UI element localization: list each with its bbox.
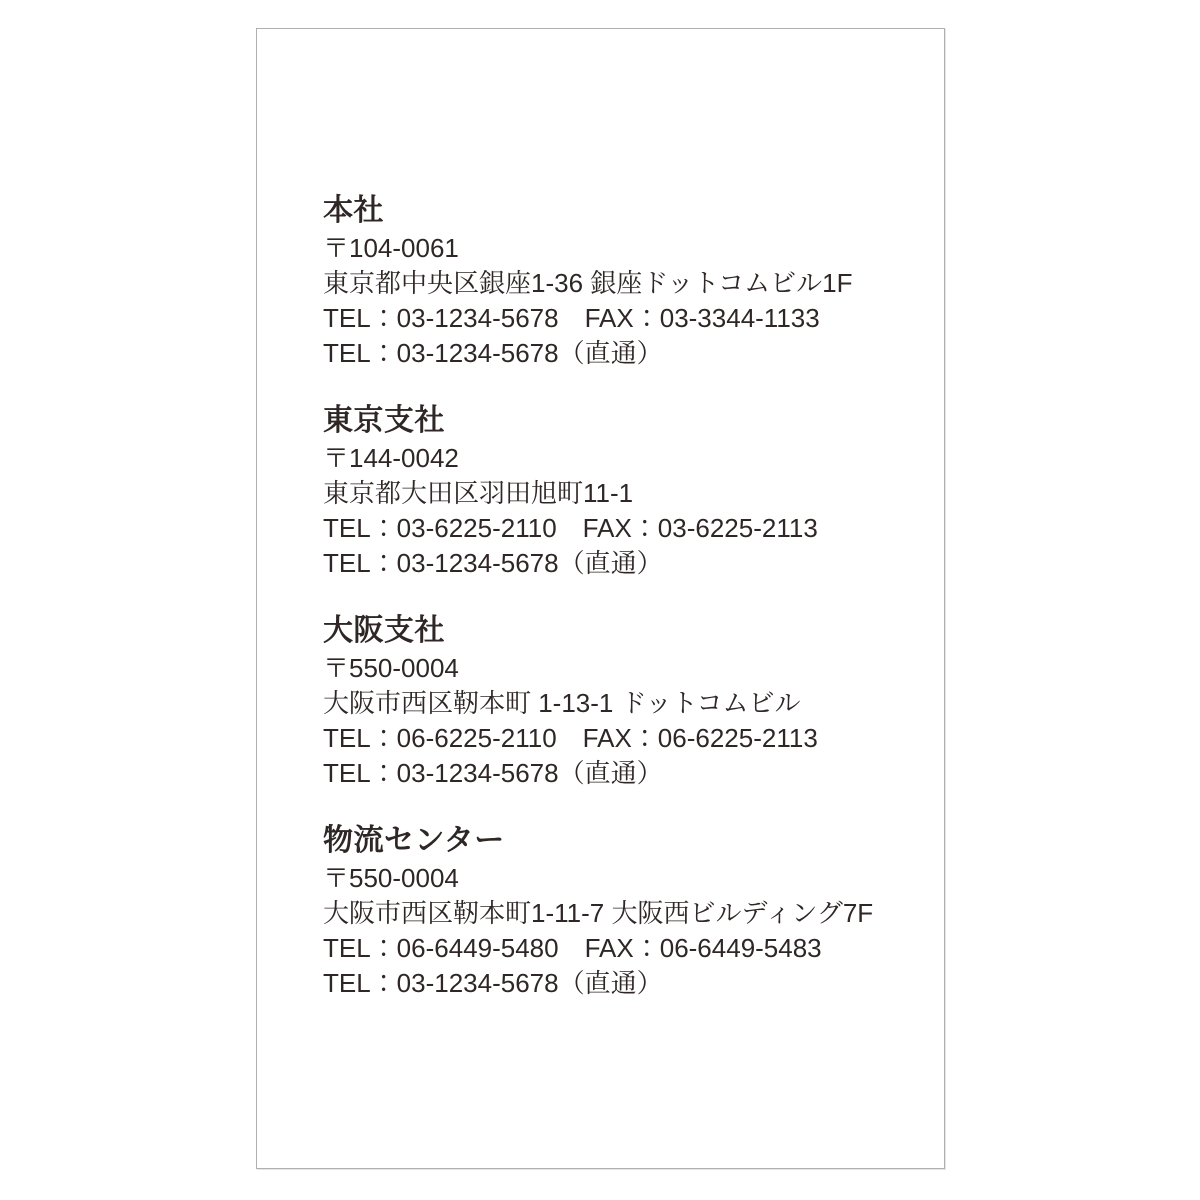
office-address: 大阪市西区靭本町1-11-7 大阪西ビルディング7F <box>323 896 904 931</box>
office-address: 東京都大田区羽田旭町11-1 <box>323 476 904 511</box>
office-name: 大阪支社 <box>323 611 904 651</box>
office-tel-fax: TEL：03-1234-5678 FAX：03-3344-1133 <box>323 301 904 336</box>
office-block-tokyo-branch: 東京支社 〒144-0042 東京都大田区羽田旭町11-1 TEL：03-622… <box>323 401 904 581</box>
office-postal-code: 〒550-0004 <box>323 861 904 896</box>
office-address: 大阪市西区靭本町 1-13-1 ドットコムビル <box>323 686 904 721</box>
office-tel-fax: TEL：06-6449-5480 FAX：06-6449-5483 <box>323 931 904 966</box>
office-tel-direct: TEL：03-1234-5678（直通） <box>323 756 904 791</box>
office-name: 本社 <box>323 191 904 231</box>
office-tel-direct: TEL：03-1234-5678（直通） <box>323 546 904 581</box>
office-postal-code: 〒104-0061 <box>323 231 904 266</box>
office-postal-code: 〒550-0004 <box>323 651 904 686</box>
office-postal-code: 〒144-0042 <box>323 441 904 476</box>
office-tel-fax: TEL：06-6225-2110 FAX：06-6225-2113 <box>323 721 904 756</box>
office-tel-direct: TEL：03-1234-5678（直通） <box>323 966 904 1001</box>
office-address: 東京都中央区銀座1-36 銀座ドットコムビル1F <box>323 266 904 301</box>
office-block-osaka-branch: 大阪支社 〒550-0004 大阪市西区靭本町 1-13-1 ドットコムビル T… <box>323 611 904 791</box>
business-card-back: 本社 〒104-0061 東京都中央区銀座1-36 銀座ドットコムビル1F TE… <box>256 28 945 1169</box>
office-tel-direct: TEL：03-1234-5678（直通） <box>323 336 904 371</box>
office-name: 物流センター <box>323 821 904 861</box>
office-name: 東京支社 <box>323 401 904 441</box>
office-block-headquarters: 本社 〒104-0061 東京都中央区銀座1-36 銀座ドットコムビル1F TE… <box>323 191 904 371</box>
office-block-logistics-center: 物流センター 〒550-0004 大阪市西区靭本町1-11-7 大阪西ビルディン… <box>323 821 904 1001</box>
office-tel-fax: TEL：03-6225-2110 FAX：03-6225-2113 <box>323 511 904 546</box>
page-background: 本社 〒104-0061 東京都中央区銀座1-36 銀座ドットコムビル1F TE… <box>0 0 1200 1200</box>
